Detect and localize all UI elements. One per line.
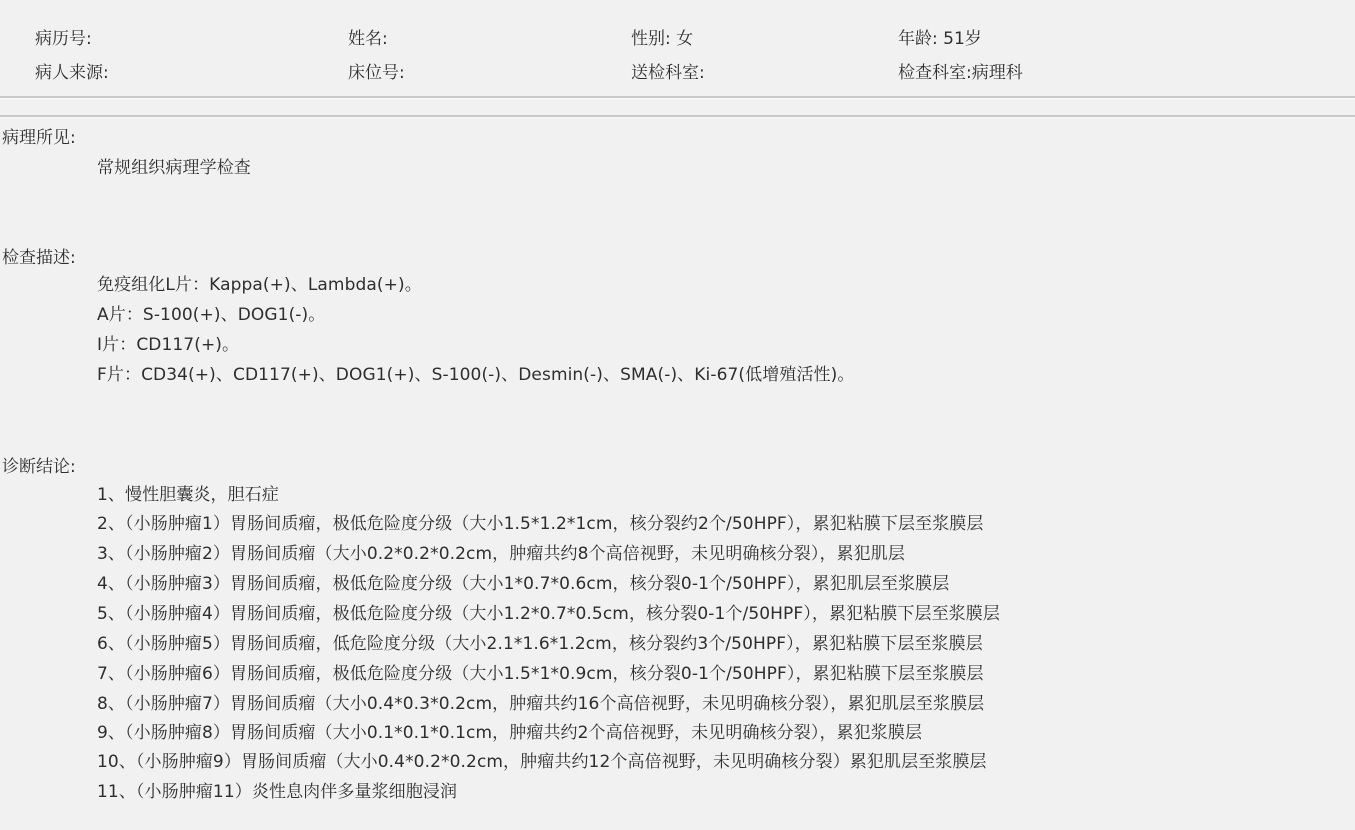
gender-field: 性别: 女 — [631, 27, 693, 51]
diagnosis-item: 11、（小肠肿瘤11）炎性息肉伴多量浆细胞浸润 — [97, 780, 457, 804]
description-label: 检查描述: — [2, 246, 76, 270]
bed-number-field: 床位号: — [348, 61, 405, 85]
header-divider-top — [0, 96, 1355, 99]
diagnosis-label: 诊断结论: — [2, 455, 76, 479]
patient-info-header: 病历号: 姓名: 性别: 女 年龄: 51岁 病人来源: 床位号: 送检科室: … — [0, 0, 1355, 96]
findings-text: 常规组织病理学检查 — [97, 156, 251, 180]
age-field: 年龄: 51岁 — [898, 27, 982, 51]
diagnosis-item: 6、（小肠肿瘤5）胃肠间质瘤，低危险度分级（大小2.1*1.6*1.2cm，核分… — [97, 632, 983, 656]
diagnosis-item: 5、（小肠肿瘤4）胃肠间质瘤，极低危险度分级（大小1.2*0.7*0.5cm，核… — [97, 602, 1000, 626]
diagnosis-item: 9、（小肠肿瘤8）胃肠间质瘤（大小0.1*0.1*0.1cm，肿瘤共约2个高倍视… — [97, 721, 922, 745]
description-line: A片：S-100(+)、DOG1(-)。 — [97, 303, 325, 327]
diagnosis-item: 4、（小肠肿瘤3）胃肠间质瘤，极低危险度分级（大小1*0.7*0.6cm，核分裂… — [97, 572, 949, 596]
header-divider-bottom — [0, 115, 1355, 118]
description-line: I片：CD117(+)。 — [97, 333, 239, 357]
patient-source-field: 病人来源: — [35, 61, 109, 85]
description-line: 免疫组化L片：Kappa(+)、Lambda(+)。 — [97, 273, 422, 297]
diagnosis-item: 3、（小肠肿瘤2）胃肠间质瘤（大小0.2*0.2*0.2cm，肿瘤共约8个高倍视… — [97, 542, 905, 566]
sending-department-field: 送检科室: — [631, 61, 705, 85]
diagnosis-item: 1、慢性胆囊炎，胆石症 — [97, 483, 279, 507]
diagnosis-item: 8、（小肠肿瘤7）胃肠间质瘤（大小0.4*0.3*0.2cm，肿瘤共约16个高倍… — [97, 692, 984, 716]
diagnosis-item: 10、（小肠肿瘤9）胃肠间质瘤（大小0.4*0.2*0.2cm，肿瘤共约12个高… — [97, 750, 987, 774]
diagnosis-item: 7、（小肠肿瘤6）胃肠间质瘤，极低危险度分级（大小1.5*1*0.9cm，核分裂… — [97, 662, 984, 686]
record-number-field: 病历号: — [35, 27, 92, 51]
description-line: F片：CD34(+)、CD117(+)、DOG1(+)、S-100(-)、Des… — [97, 363, 855, 387]
exam-department-field: 检查科室:病理科 — [898, 61, 1023, 85]
patient-name-field: 姓名: — [348, 27, 388, 51]
findings-label: 病理所见: — [2, 126, 76, 150]
diagnosis-item: 2、（小肠肿瘤1）胃肠间质瘤，极低危险度分级（大小1.5*1.2*1cm，核分裂… — [97, 512, 984, 536]
